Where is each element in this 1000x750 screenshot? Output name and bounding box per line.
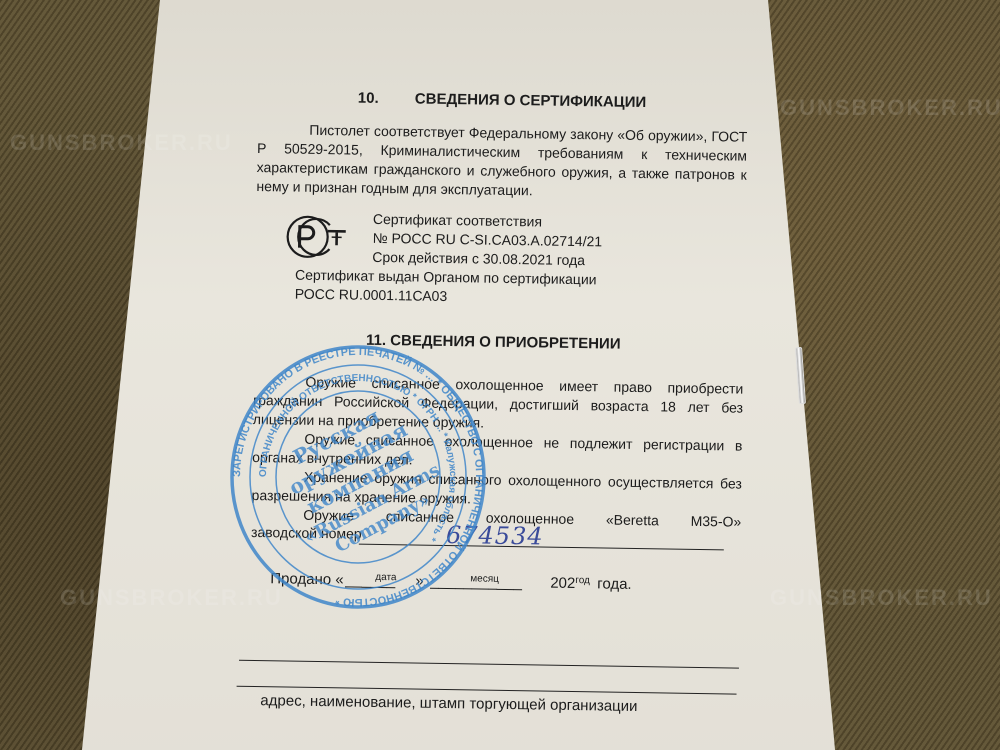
- address-caption: адрес, наименование, штамп торгующей орг…: [260, 692, 637, 715]
- year-caption: год: [575, 575, 590, 586]
- month-caption: месяц: [470, 573, 499, 584]
- day-caption: дата: [375, 572, 396, 583]
- section-title: СВЕДЕНИЯ О СЕРТИФИКАЦИИ: [415, 90, 647, 111]
- serial-number-handwritten[interactable]: 674534: [446, 521, 544, 551]
- section-title: 11. СВЕДЕНИЯ О ПРИОБРЕТЕНИИ: [366, 332, 621, 353]
- gost-rst-icon: [285, 214, 348, 259]
- close-quote: »: [415, 573, 424, 590]
- sale-date-row: Продано « ______ » ___________ 202 года.…: [250, 570, 740, 608]
- signature-line-1[interactable]: [239, 660, 739, 669]
- section-11: 11. СВЕДЕНИЯ О ПРИОБРЕТЕНИИ Оружие списа…: [251, 330, 744, 554]
- year-prefix: 202: [550, 575, 575, 592]
- section-10-heading: 10. СВЕДЕНИЯ О СЕРТИФИКАЦИИ: [258, 88, 748, 120]
- certificate-block: Сертификат соответствия № РОСС RU C-SI.C…: [255, 208, 746, 308]
- section-11-heading: 11. СВЕДЕНИЯ О ПРИОБРЕТЕНИИ: [254, 330, 744, 362]
- certificate-issuer-code: РОСС RU.0001.11СА03: [295, 285, 448, 306]
- certificate-title: Сертификат соответствия: [373, 210, 542, 232]
- year-suffix: года.: [597, 575, 632, 593]
- section-number: 10.: [358, 90, 379, 107]
- acquisition-paragraph-1: Оружие списанное охолощенное имеет право…: [253, 372, 744, 437]
- document-body: 10. СВЕДЕНИЯ О СЕРТИФИКАЦИИ Пистолет соо…: [250, 88, 748, 608]
- serial-label: заводской номер: [251, 524, 362, 542]
- sold-label: Продано «: [270, 570, 344, 588]
- certification-paragraph: Пистолет соответствует Федеральному зако…: [256, 120, 747, 204]
